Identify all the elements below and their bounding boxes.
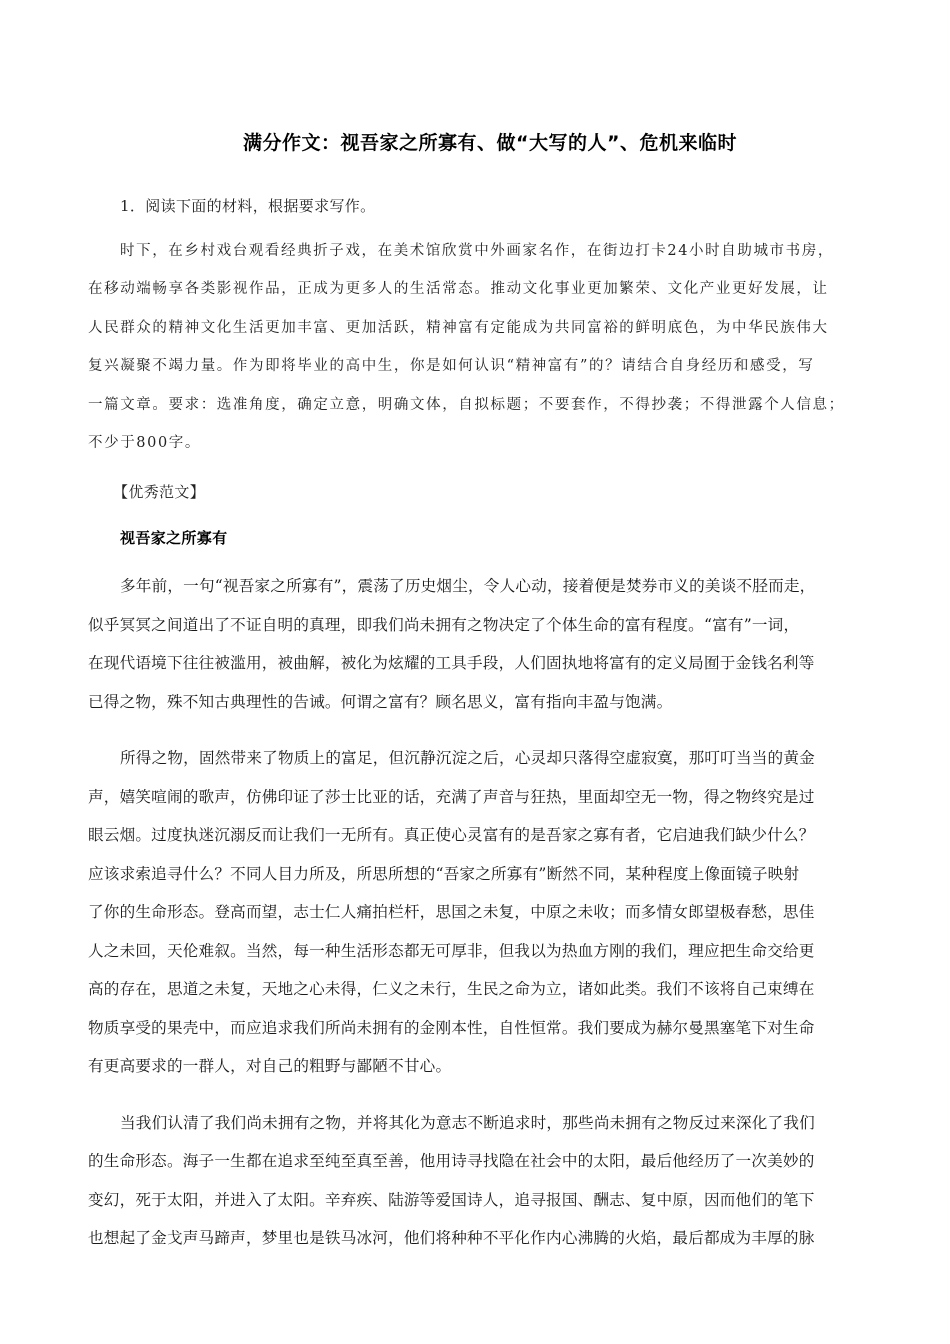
prompt-line: 一篇文章。要求：选准角度，确定立意，明确文体，自拟标题；不要套作，不得抄袭；不得… <box>88 393 868 414</box>
essay-line: 当我们认清了我们尚未拥有之物，并将其化为意志不断追求时，那些尚未拥有之物反过来深… <box>120 1111 900 1133</box>
essay-line: 变幻，死于太阳，并进入了太阳。辛弃疾、陆游等爱国诗人，追寻报国、酬志、复中原，因… <box>88 1188 868 1210</box>
document-page: 满分作文：视吾家之所寡有、做“大写的人”、危机来临时 1．阅读下面的材料，根据要… <box>0 0 950 1344</box>
essay-line: 应该求索追寻什么？不同人目力所及，所思所想的“吾家之所寡有”断然不同，某种程度上… <box>88 862 868 884</box>
essay-line: 在现代语境下往往被滥用，被曲解，被化为炫耀的工具手段，人们固执地将富有的定义局囿… <box>88 651 868 673</box>
essay-line: 也想起了金戈声马蹄声，梦里也是铁马冰河，他们将种种不平化作内心沸腾的火焰，最后都… <box>88 1226 868 1248</box>
essay-line: 似乎冥冥之间道出了不证自明的真理，即我们尚未拥有之物决定了个体生命的富有程度。“… <box>88 613 868 635</box>
essay-line: 多年前，一句“视吾家之所寡有”，震荡了历史烟尘，令人心动，接着便是焚券市义的美谈… <box>120 574 900 596</box>
essay-line: 有更高要求的一群人，对自己的粗野与鄙陋不甘心。 <box>88 1054 868 1076</box>
essay-line: 声，嬉笑喧闹的歌声，仿佛印证了莎士比亚的话，充满了声音与狂热，里面却空无一物，得… <box>88 785 868 807</box>
essay-line: 的生命形态。海子一生都在追求至纯至真至善，他用诗寻找隐在社会中的太阳，最后他经历… <box>88 1149 868 1171</box>
prompt-line: 在移动端畅享各类影视作品，正成为更多人的生活常态。推动文化事业更加繁荣、文化产业… <box>88 277 868 298</box>
question-number-line: 1．阅读下面的材料，根据要求写作。 <box>120 195 900 216</box>
document-title: 满分作文：视吾家之所寡有、做“大写的人”、危机来临时 <box>0 128 950 155</box>
section-label: 【优秀范文】 <box>113 481 893 502</box>
essay-line: 所得之物，固然带来了物质上的富足，但沉静沉淀之后，心灵却只落得空虚寂寞，那叮叮当… <box>120 746 900 768</box>
essay-line: 人之未回，天伦难叙。当然，每一种生活形态都无可厚非，但我以为热血方刚的我们，理应… <box>88 939 868 961</box>
essay-line: 已得之物，殊不知古典理性的告诫。何谓之富有？顾名思义，富有指向丰盈与饱满。 <box>88 690 868 712</box>
prompt-line: 不少于800字。 <box>88 431 868 452</box>
prompt-line: 复兴凝聚不竭力量。作为即将毕业的高中生，你是如何认识“精神富有”的？请结合自身经… <box>88 354 868 375</box>
prompt-line: 人民群众的精神文化生活更加丰富、更加活跃，精神富有定能成为共同富裕的鲜明底色，为… <box>88 316 868 337</box>
essay-line: 物质享受的果壳中，而应追求我们所尚未拥有的金刚本性，自性恒常。我们要成为赫尔曼黑… <box>88 1016 868 1038</box>
essay-line: 高的存在，思道之未复，天地之心未得，仁义之未行，生民之命为立，诸如此类。我们不该… <box>88 977 868 999</box>
essay-line: 眼云烟。过度执迷沉溺反而让我们一无所有。真正使心灵富有的是吾家之寡有者，它启迪我… <box>88 823 868 845</box>
prompt-line: 时下，在乡村戏台观看经典折子戏，在美术馆欣赏中外画家名作，在街边打卡24小时自助… <box>120 239 900 260</box>
essay-title: 视吾家之所寡有 <box>120 527 900 548</box>
essay-line: 了你的生命形态。登高而望，志士仁人痛拍栏杆，思国之未复，中原之未收；而多情女郎望… <box>88 900 868 922</box>
